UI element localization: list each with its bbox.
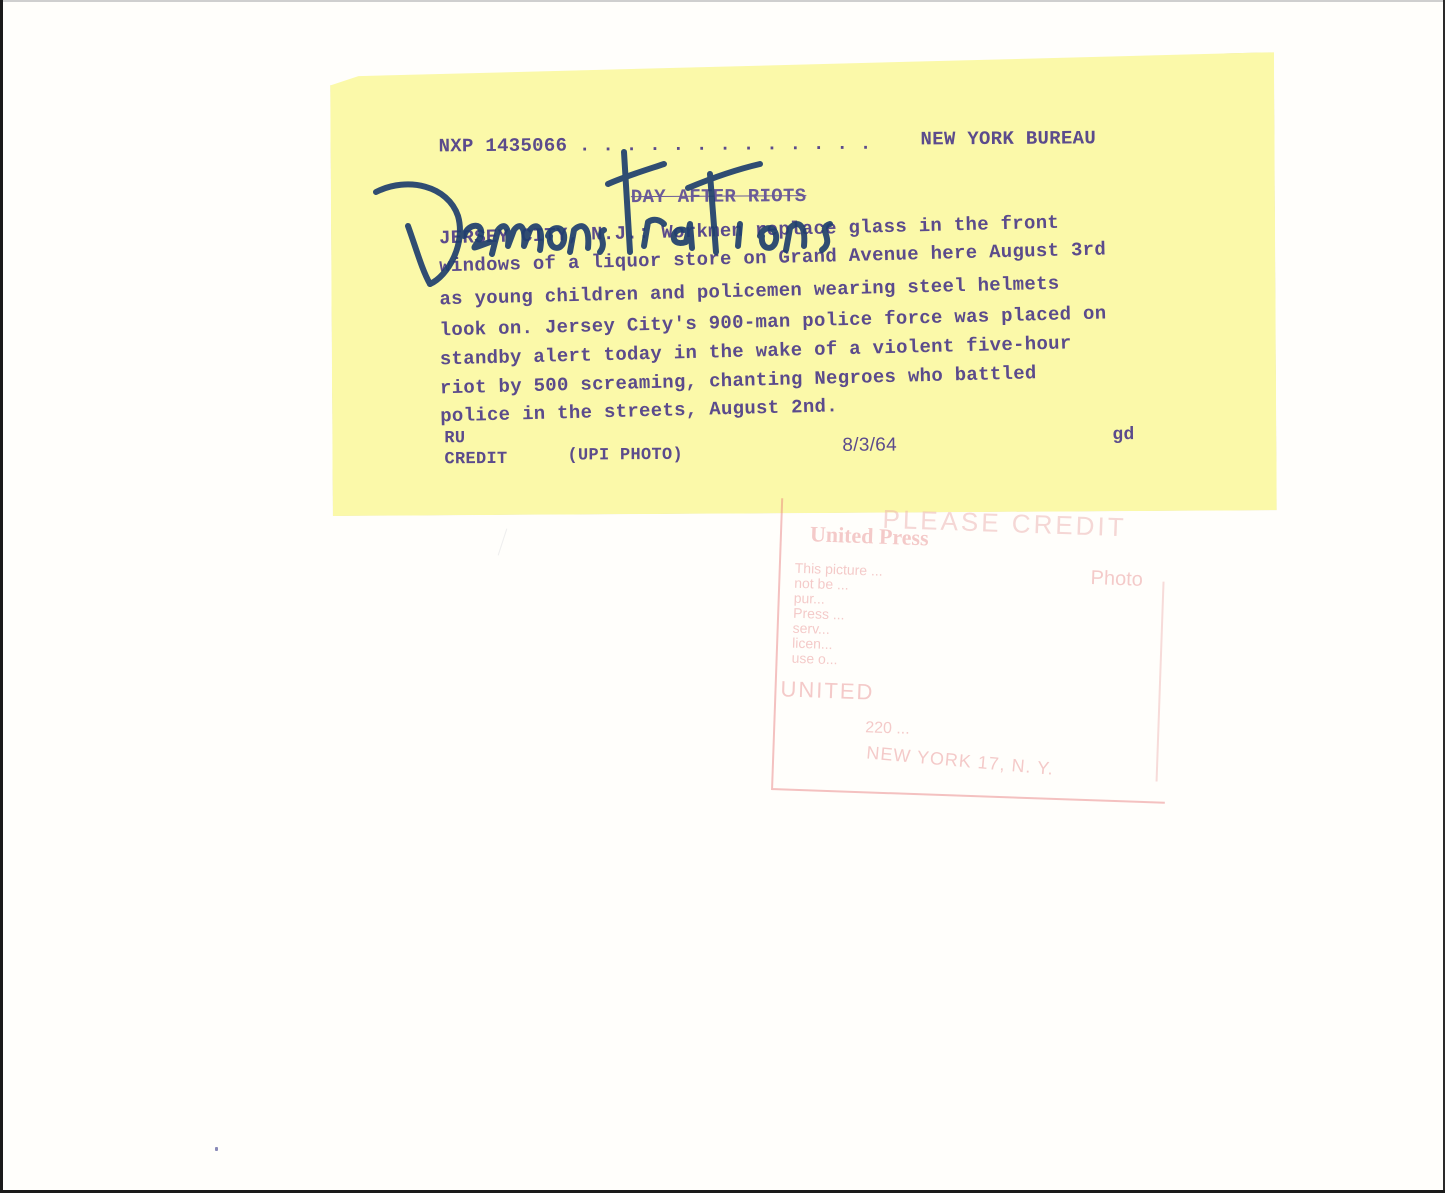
credit-label: CREDIT xyxy=(444,450,507,469)
leader-dots: . . . . . . . . . . . . . xyxy=(579,133,872,157)
stamp-city: NEW YORK 17, N. Y. xyxy=(866,742,1055,779)
ink-speck xyxy=(215,1147,218,1151)
stamp-edge xyxy=(1156,582,1165,782)
caption-line: police in the streets, August 2nd. xyxy=(440,395,838,427)
tear-mark xyxy=(498,529,508,556)
stamp-address: 220 ... xyxy=(865,719,910,739)
caption-line: as young children and policemen wearing … xyxy=(439,273,1060,311)
credit-stamp: PLEASE CREDIT United Press Photo This pi… xyxy=(771,498,1175,804)
ref-number: NXP 1435066 . . . . . . . . . . . . . xyxy=(438,133,871,158)
credit-source: (UPI PHOTO) xyxy=(567,446,683,466)
scan-border-top xyxy=(0,0,1445,2)
stamp-photo-word: Photo xyxy=(1090,567,1143,592)
initials: gd xyxy=(1112,425,1134,445)
bureau-name: NEW YORK BUREAU xyxy=(920,127,1096,150)
headline-struck: DAY AFTER RIOTS xyxy=(631,185,807,208)
stamp-agency-name: United Press xyxy=(810,521,930,551)
stamp-united: UNITED xyxy=(780,676,875,705)
caption-sheet: NXP 1435066 . . . . . . . . . . . . . NE… xyxy=(330,52,1277,516)
scan-border-left xyxy=(0,0,3,1193)
slug: RU xyxy=(444,429,465,448)
stamp-notice-text: This picture ... not be ... pur... Press… xyxy=(791,561,883,669)
date: 8/3/64 xyxy=(842,435,897,457)
